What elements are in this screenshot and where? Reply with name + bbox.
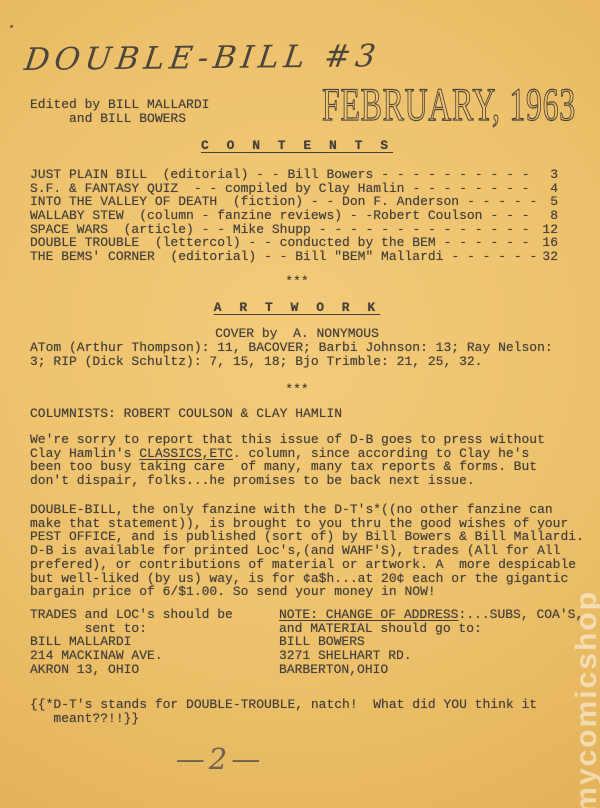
toc-page-number: 32 [542,250,558,264]
fanzine-page: DOUBLE-BILL #3 Edited by BILL MALLARDI a… [0,0,600,808]
footnote: {{*D-T's stands for DOUBLE-TROUBLE, natc… [30,698,537,725]
toc-leader: - - - - - - - - - - - - - - - - - - - - … [319,223,536,237]
coa-address-block: NOTE: CHANGE OF ADDRESS:...SUBS, COA'S, … [279,608,583,677]
toc-page-number: 4 [542,182,558,196]
toc-title: JUST PLAIN BILL (editorial) - - Bill Bow… [30,168,373,182]
toc-title: DOUBLE TROUBLE (lettercol) - - conducted… [30,236,436,250]
paper-speck [10,25,13,28]
divider-stars: *** [0,275,594,289]
toc-page-number: 3 [542,168,558,182]
toc-page-number: 8 [542,209,558,223]
artwork-heading: A R T W O R K [0,301,594,315]
coa-address-lines: and MATERIAL should go to: BILL BOWERS 3… [279,621,482,677]
issue-date-outline: FEBRUARY, 1963 [320,80,595,132]
toc-page-number: 16 [542,236,558,250]
toc-leader: - - - - - - - - - - - - - - - - - - - - … [444,236,536,250]
toc-leader: - - - - - - - - - - - - - - - - - - - - … [490,209,536,223]
divider-stars: *** [0,383,594,397]
toc-row: DOUBLE TROUBLE (lettercol) - - conducted… [30,236,558,250]
artwork-credits: ATom (Arthur Thompson): 11, BACOVER; Bar… [30,341,553,368]
cover-credit: COVER by A. NONYMOUS [0,327,594,341]
toc-row: INTO THE VALLEY OF DEATH (fiction) - - D… [30,195,558,209]
page-title: DOUBLE-BILL #3 [22,38,382,78]
toc-page-number: 12 [542,223,558,237]
trades-address-block: TRADES and LOC's should be sent to: BILL… [30,608,233,677]
watermark: mycomicshop [570,590,600,808]
toc-leader: - - - - - - - - - - - - - - - - - - - - … [412,182,536,196]
edited-by-credit: Edited by BILL MALLARDI and BILL BOWERS [30,98,209,125]
toc-leader: - - - - - - - - - - - - - - - - - - - - … [467,195,536,209]
toc-row: JUST PLAIN BILL (editorial) - - Bill Bow… [30,168,558,182]
toc-row: SPACE WARS (article) - - Mike Shupp- - -… [30,223,558,237]
columnists-line: COLUMNISTS: ROBERT COULSON & CLAY HAMLIN [30,407,342,421]
editorial-paragraph: We're sorry to report that this issue of… [30,433,545,488]
toc-title: WALLABY STEW (column - fanzine reviews) … [30,209,482,223]
toc-title: S.F. & FANTASY QUIZ - - compiled by Clay… [30,182,404,196]
contents-heading: C O N T E N T S [0,139,594,153]
toc-row: S.F. & FANTASY QUIZ - - compiled by Clay… [30,182,558,196]
toc-page-number: 5 [542,195,558,209]
toc-title: THE BEMS' CORNER (editorial) - - Bill "B… [30,250,443,264]
contents-list: JUST PLAIN BILL (editorial) - - Bill Bow… [30,168,558,264]
toc-row: THE BEMS' CORNER (editorial) - - Bill "B… [30,250,558,264]
toc-row: WALLABY STEW (column - fanzine reviews) … [30,209,558,223]
page-number: —2— [0,742,440,776]
toc-title: SPACE WARS (article) - - Mike Shupp [30,223,311,237]
toc-leader: - - - - - - - - - - - - - - - - - - - - … [381,168,536,182]
toc-title: INTO THE VALLEY OF DEATH (fiction) - - D… [30,195,459,209]
toc-leader: - - - - - - - - - - - - - - - - - - - - … [451,250,536,264]
publishing-paragraph: DOUBLE-BILL, the only fanzine with the D… [30,503,584,599]
issue-date: FEBRUARY, 1963 [322,80,576,131]
